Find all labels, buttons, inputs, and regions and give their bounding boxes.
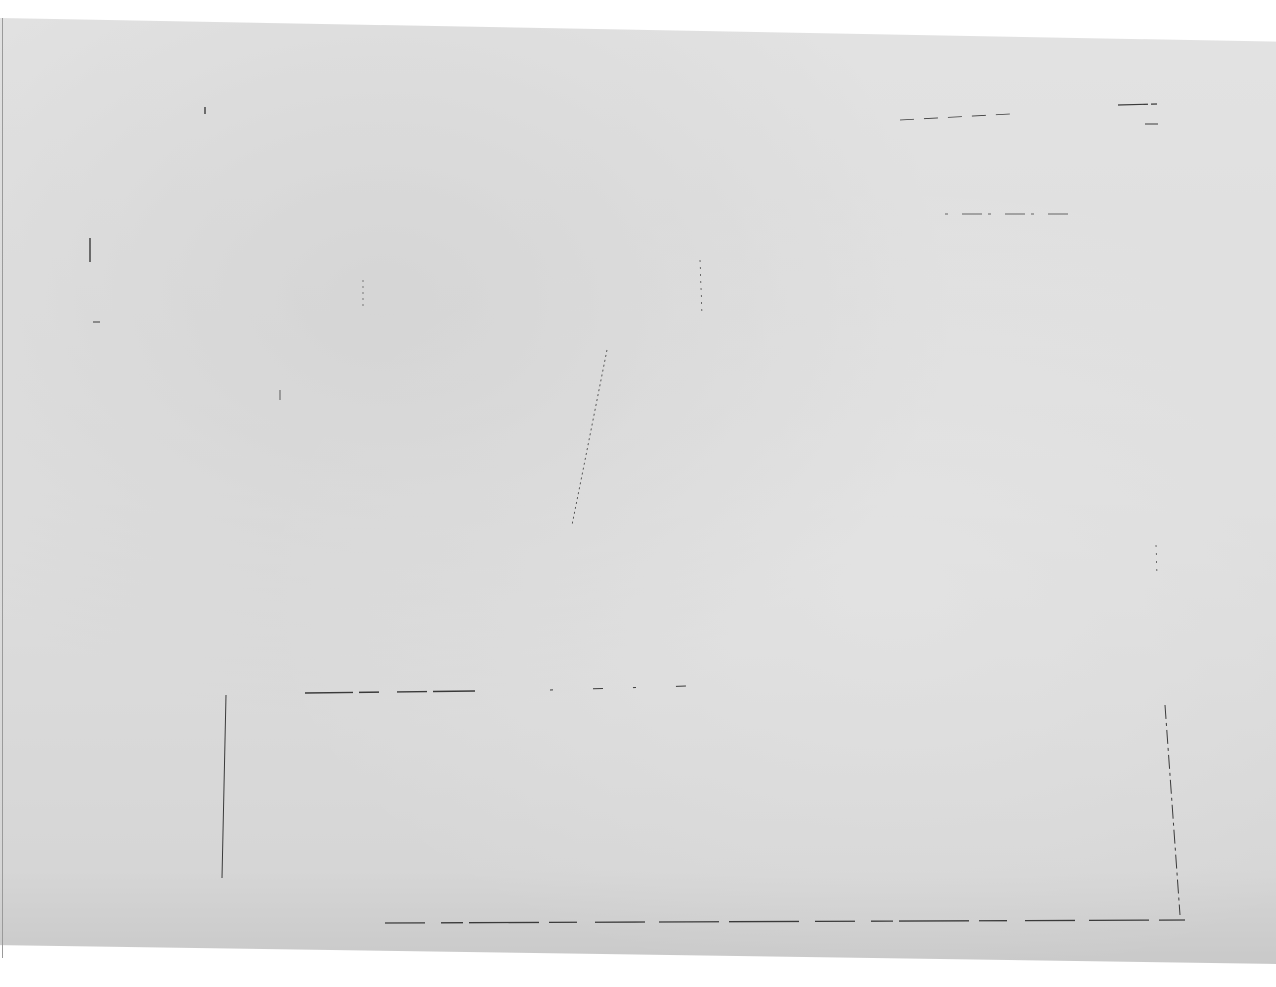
faint-frame-lines bbox=[0, 0, 1276, 987]
